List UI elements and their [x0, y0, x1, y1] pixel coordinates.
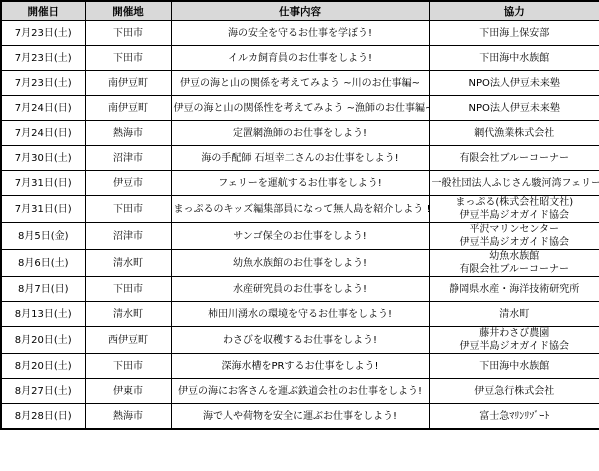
partner-line: 網代漁業株式会社 — [432, 127, 598, 140]
table-row: 8月20日(土) 西伊豆町 わさびを収穫するお仕事をしよう! 藤井わさび農園伊豆… — [1, 327, 599, 354]
table-row: 8月6日(土) 清水町 幼魚水族館のお仕事をしよう! 幼魚水族館有限会社ブルーコ… — [1, 250, 599, 277]
cell-partner: 一般社団法人ふじさん駿河湾フェリー — [429, 171, 599, 196]
cell-place: 伊豆市 — [85, 171, 171, 196]
cell-partner: 有限会社ブルーコーナー — [429, 146, 599, 171]
cell-place: 熱海市 — [85, 404, 171, 430]
schedule-table-page: 開催日 開催地 仕事内容 協力 7月23日(土) 下田市 海の安全を守るお仕事を… — [0, 0, 599, 471]
cell-partner: NPO法人伊豆未来塾 — [429, 96, 599, 121]
cell-partner: 藤井わさび農園伊豆半島ジオガイド協会 — [429, 327, 599, 354]
cell-partner: 清水町 — [429, 302, 599, 327]
cell-place: 南伊豆町 — [85, 96, 171, 121]
partner-line: 静岡県水産・海洋技術研究所 — [432, 283, 598, 296]
cell-job: まっぷるのキッズ編集部員になって無人島を紹介しよう ! — [171, 196, 429, 223]
cell-job: フェリーを運航するお仕事をしよう! — [171, 171, 429, 196]
cell-job: 伊豆の海にお客さんを運ぶ鉄道会社のお仕事をしよう! — [171, 379, 429, 404]
cell-partner: 静岡県水産・海洋技術研究所 — [429, 277, 599, 302]
cell-place: 熱海市 — [85, 121, 171, 146]
partner-line: 有限会社ブルーコーナー — [432, 263, 598, 276]
cell-job: 海の手配師 石垣幸二さんのお仕事をしよう! — [171, 146, 429, 171]
partner-line: 伊豆半島ジオガイド協会 — [432, 209, 598, 222]
partner-line: 清水町 — [432, 308, 598, 321]
partner-line: NPO法人伊豆未来塾 — [432, 77, 598, 90]
table-row: 7月31日(日) 伊豆市 フェリーを運航するお仕事をしよう! 一般社団法人ふじさ… — [1, 171, 599, 196]
cell-date: 8月28日(日) — [1, 404, 85, 430]
cell-place: 下田市 — [85, 21, 171, 46]
cell-partner: 富士急ﾏﾘﾝﾘｿﾞｰﾄ — [429, 404, 599, 430]
partner-line: 下田海上保安部 — [432, 27, 598, 40]
cell-partner: NPO法人伊豆未来塾 — [429, 71, 599, 96]
table-row: 7月24日(日) 南伊豆町 伊豆の海と山の関係性を考えてみよう ~漁師のお仕事編… — [1, 96, 599, 121]
cell-date: 7月24日(日) — [1, 121, 85, 146]
cell-job: 深海水槽をPRするお仕事をしよう! — [171, 354, 429, 379]
cell-partner: 平沢マリンセンター伊豆半島ジオガイド協会 — [429, 223, 599, 250]
partner-line: 幼魚水族館 — [432, 250, 598, 263]
table-row: 7月23日(土) 南伊豆町 伊豆の海と山の関係を考えてみよう ~川のお仕事編~ … — [1, 71, 599, 96]
cell-partner: まっぷる(株式会社昭文社)伊豆半島ジオガイド協会 — [429, 196, 599, 223]
cell-job: 柿田川湧水の環境を守るお仕事をしよう! — [171, 302, 429, 327]
partner-line: 伊豆半島ジオガイド協会 — [432, 340, 598, 353]
cell-place: 西伊豆町 — [85, 327, 171, 354]
table-row: 7月31日(日) 下田市 まっぷるのキッズ編集部員になって無人島を紹介しよう !… — [1, 196, 599, 223]
cell-job: 伊豆の海と山の関係性を考えてみよう ~漁師のお仕事編~ — [171, 96, 429, 121]
cell-job: 水産研究員のお仕事をしよう! — [171, 277, 429, 302]
cell-partner: 下田海中水族館 — [429, 46, 599, 71]
cell-job: イルカ飼育員のお仕事をしよう! — [171, 46, 429, 71]
cell-place: 沼津市 — [85, 223, 171, 250]
partner-line: NPO法人伊豆未来塾 — [432, 102, 598, 115]
cell-partner: 伊豆急行株式会社 — [429, 379, 599, 404]
cell-partner: 下田海中水族館 — [429, 354, 599, 379]
cell-date: 8月13日(土) — [1, 302, 85, 327]
cell-partner: 下田海上保安部 — [429, 21, 599, 46]
table-row: 8月7日(日) 下田市 水産研究員のお仕事をしよう! 静岡県水産・海洋技術研究所 — [1, 277, 599, 302]
cell-date: 8月27日(土) — [1, 379, 85, 404]
cell-date: 7月31日(日) — [1, 196, 85, 223]
table-row: 8月28日(日) 熱海市 海で人や荷物を安全に運ぶお仕事をしよう! 富士急ﾏﾘﾝ… — [1, 404, 599, 430]
partner-line: 富士急ﾏﾘﾝﾘｿﾞｰﾄ — [432, 410, 598, 423]
cell-date: 8月5日(金) — [1, 223, 85, 250]
cell-place: 清水町 — [85, 302, 171, 327]
cell-date: 8月7日(日) — [1, 277, 85, 302]
cell-place: 下田市 — [85, 277, 171, 302]
table-row: 7月23日(土) 下田市 海の安全を守るお仕事を学ぼう! 下田海上保安部 — [1, 21, 599, 46]
cell-partner: 網代漁業株式会社 — [429, 121, 599, 146]
partner-line: 伊豆急行株式会社 — [432, 385, 598, 398]
cell-date: 7月24日(日) — [1, 96, 85, 121]
col-header-date: 開催日 — [1, 1, 85, 21]
cell-date: 7月31日(日) — [1, 171, 85, 196]
cell-job: 海で人や荷物を安全に運ぶお仕事をしよう! — [171, 404, 429, 430]
cell-date: 7月30日(土) — [1, 146, 85, 171]
cell-place: 清水町 — [85, 250, 171, 277]
partner-line: まっぷる(株式会社昭文社) — [432, 196, 598, 209]
header-row: 開催日 開催地 仕事内容 協力 — [1, 1, 599, 21]
partner-line: 下田海中水族館 — [432, 360, 598, 373]
cell-job: 伊豆の海と山の関係を考えてみよう ~川のお仕事編~ — [171, 71, 429, 96]
col-header-place: 開催地 — [85, 1, 171, 21]
cell-date: 8月20日(土) — [1, 327, 85, 354]
table-row: 8月27日(土) 伊東市 伊豆の海にお客さんを運ぶ鉄道会社のお仕事をしよう! 伊… — [1, 379, 599, 404]
cell-date: 7月23日(土) — [1, 46, 85, 71]
cell-job: 定置網漁師のお仕事をしよう! — [171, 121, 429, 146]
cell-place: 下田市 — [85, 196, 171, 223]
cell-partner: 幼魚水族館有限会社ブルーコーナー — [429, 250, 599, 277]
table-row: 7月24日(日) 熱海市 定置網漁師のお仕事をしよう! 網代漁業株式会社 — [1, 121, 599, 146]
partner-line: 下田海中水族館 — [432, 52, 598, 65]
cell-place: 南伊豆町 — [85, 71, 171, 96]
cell-place: 伊東市 — [85, 379, 171, 404]
col-header-job: 仕事内容 — [171, 1, 429, 21]
table-row: 8月20日(土) 下田市 深海水槽をPRするお仕事をしよう! 下田海中水族館 — [1, 354, 599, 379]
table-row: 7月30日(土) 沼津市 海の手配師 石垣幸二さんのお仕事をしよう! 有限会社ブ… — [1, 146, 599, 171]
cell-date: 8月20日(土) — [1, 354, 85, 379]
cell-job: 海の安全を守るお仕事を学ぼう! — [171, 21, 429, 46]
cell-place: 沼津市 — [85, 146, 171, 171]
table-row: 8月5日(金) 沼津市 サンゴ保全のお仕事をしよう! 平沢マリンセンター伊豆半島… — [1, 223, 599, 250]
cell-job: サンゴ保全のお仕事をしよう! — [171, 223, 429, 250]
partner-line: 藤井わさび農園 — [432, 327, 598, 340]
cell-job: わさびを収穫するお仕事をしよう! — [171, 327, 429, 354]
table-row: 7月23日(土) 下田市 イルカ飼育員のお仕事をしよう! 下田海中水族館 — [1, 46, 599, 71]
cell-date: 8月6日(土) — [1, 250, 85, 277]
partner-line: 有限会社ブルーコーナー — [432, 152, 598, 165]
partner-line: 一般社団法人ふじさん駿河湾フェリー — [432, 177, 598, 190]
cell-date: 7月23日(土) — [1, 21, 85, 46]
partner-line: 平沢マリンセンター — [432, 223, 598, 236]
cell-place: 下田市 — [85, 46, 171, 71]
cell-job: 幼魚水族館のお仕事をしよう! — [171, 250, 429, 277]
cell-place: 下田市 — [85, 354, 171, 379]
col-header-partner: 協力 — [429, 1, 599, 21]
cell-date: 7月23日(土) — [1, 71, 85, 96]
job-schedule-table: 開催日 開催地 仕事内容 協力 7月23日(土) 下田市 海の安全を守るお仕事を… — [0, 0, 599, 430]
partner-line: 伊豆半島ジオガイド協会 — [432, 236, 598, 249]
table-row: 8月13日(土) 清水町 柿田川湧水の環境を守るお仕事をしよう! 清水町 — [1, 302, 599, 327]
